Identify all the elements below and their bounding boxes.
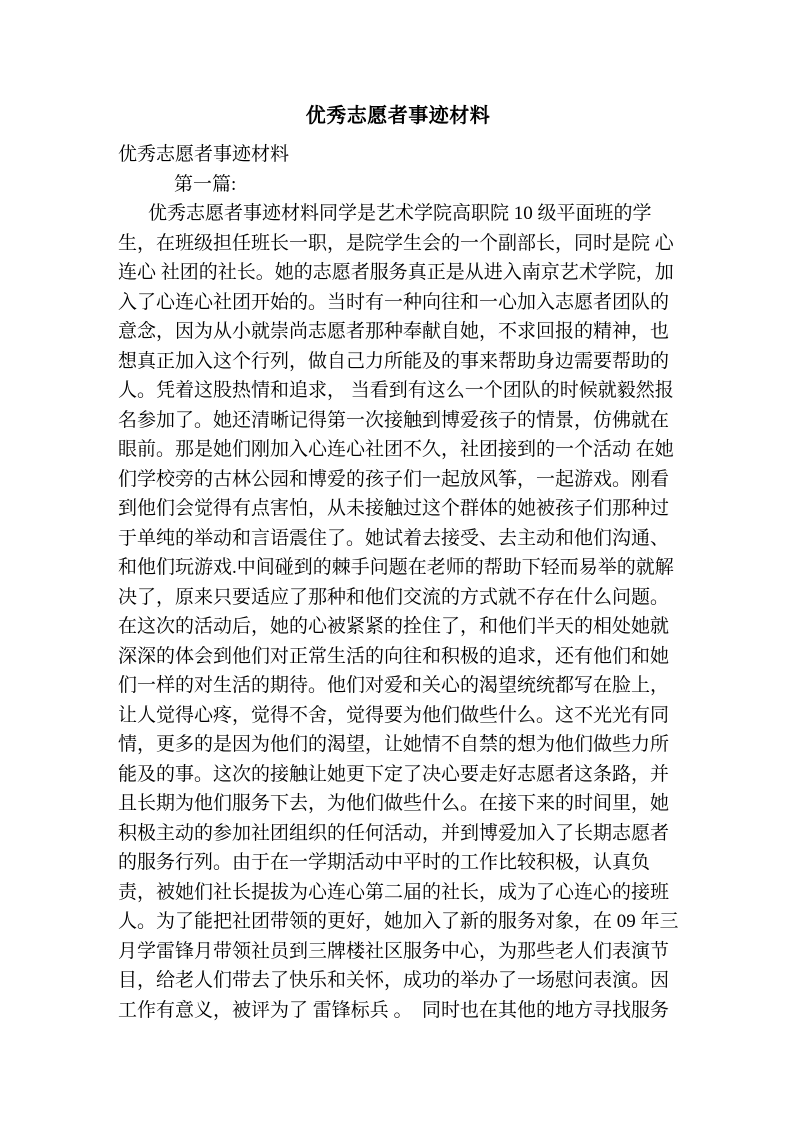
paragraph-line: 让人觉得心疼，觉得不舍，觉得要为他们做些什么。这不光光有同 <box>118 701 678 731</box>
paragraph-line: 生，在班级担任班长一职，是院学生会的一个副部长，同时是院 心 <box>118 229 678 259</box>
document-title: 优秀志愿者事迹材料 <box>118 101 678 131</box>
section-label: 第一篇: <box>118 170 678 200</box>
paragraph-line: 名参加了。她还清晰记得第一次接触到博爱孩子的情景，仿佛就在 <box>118 406 678 436</box>
paragraph-line: 目，给老人们带去了快乐和关怀，成功的举办了一场慰问表演。因 <box>118 966 678 996</box>
paragraph-line: 情，更多的是因为他们的渴望，让她情不自禁的想为他们做些力所 <box>118 730 678 760</box>
paragraph-line: 想真正加入这个行列，做自己力所能及的事来帮助身边需要帮助的 <box>118 347 678 377</box>
paragraph-line: 且长期为他们服务下去，为他们做些什么。在接下来的时间里，她 <box>118 789 678 819</box>
paragraph-line: 眼前。那是她们刚加入心连心社团不久，社团接到的一个活动 在她 <box>118 435 678 465</box>
paragraph-line: 人。为了能把社团带领的更好，她加入了新的服务对象，在 09 年三 <box>118 907 678 937</box>
paragraph-line: 能及的事。这次的接触让她更下定了决心要走好志愿者这条路，并 <box>118 760 678 790</box>
paragraph-line: 责，被她们社长提拔为心连心第二届的社长，成为了心连心的接班 <box>118 878 678 908</box>
paragraph-line: 工作有意义，被评为了 雷锋标兵 。 同时也在其他的地方寻找服务 <box>118 996 678 1026</box>
paragraph-line: 的服务行列。由于在一学期活动中平时的工作比较积极，认真负 <box>118 848 678 878</box>
paragraph-line: 到他们会觉得有点害怕，从未接触过这个群体的她被孩子们那种过 <box>118 494 678 524</box>
paragraph-line: 们学校旁的古林公园和博爱的孩子们一起放风筝，一起游戏。刚看 <box>118 465 678 495</box>
paragraph-line: 意念，因为从小就崇尚志愿者那种奉献自她，不求回报的精神，也 <box>118 317 678 347</box>
document-page: 优秀志愿者事迹材料 优秀志愿者事迹材料 第一篇: 优秀志愿者事迹材料同学是艺术学… <box>0 0 794 1123</box>
paragraph-line: 优秀志愿者事迹材料同学是艺术学院高职院 10 级平面班的学 <box>118 199 678 229</box>
paragraph-line: 月学雷锋月带领社员到三牌楼社区服务中心，为那些老人们表演节 <box>118 937 678 967</box>
paragraph-line: 们一样的对生活的期待。他们对爱和关心的渴望统统都写在脸上， <box>118 671 678 701</box>
paragraph-line: 和他们玩游戏.中间碰到的棘手问题在老师的帮助下轻而易举的就解 <box>118 553 678 583</box>
document-content: 优秀志愿者事迹材料 优秀志愿者事迹材料 第一篇: 优秀志愿者事迹材料同学是艺术学… <box>118 101 678 1025</box>
paragraph-line: 于单纯的举动和言语震住了。她试着去接受、去主动和他们沟通、 <box>118 524 678 554</box>
paragraph-line: 积极主动的参加社团组织的任何活动，并到博爱加入了长期志愿者 <box>118 819 678 849</box>
paragraph-line: 连心 社团的社长。她的志愿者服务真正是从进入南京艺术学院，加 <box>118 258 678 288</box>
paragraph-line: 决了，原来只要适应了那种和他们交流的方式就不存在什么问题。 <box>118 583 678 613</box>
paragraph-line: 人。凭着这股热情和追求， 当看到有这么一个团队的时候就毅然报 <box>118 376 678 406</box>
paragraph-line: 在这次的活动后，她的心被紧紧的拴住了，和他们半天的相处她就 <box>118 612 678 642</box>
paragraph-line: 入了心连心社团开始的。当时有一种向往和一心加入志愿者团队的 <box>118 288 678 318</box>
document-subtitle: 优秀志愿者事迹材料 <box>118 140 678 170</box>
paragraph-line: 深深的体会到他们对正常生活的向往和积极的追求，还有他们和她 <box>118 642 678 672</box>
